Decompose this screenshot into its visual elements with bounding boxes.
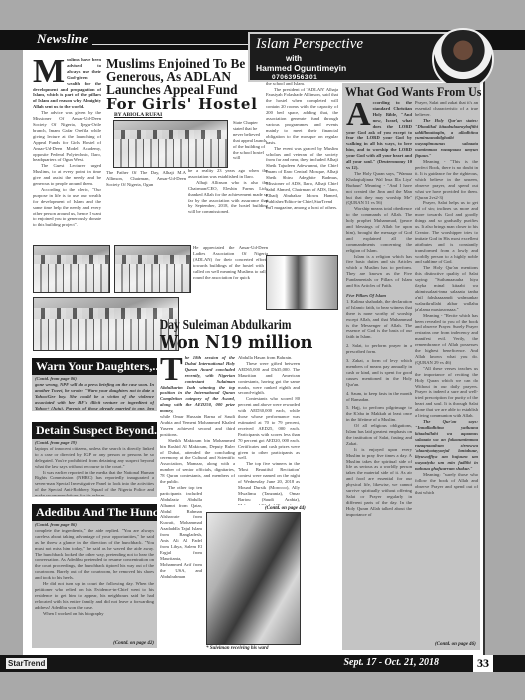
suleiman-photo	[206, 512, 301, 645]
islam-contd-end: (Contd. on page 46)	[435, 642, 476, 647]
suleiman-p1b: while Omar Hussain Barna of Saudi Arabia…	[160, 414, 235, 438]
islam-p4: Islam is a religion which has five basic…	[346, 254, 412, 289]
pillar-3: 3. Zakat, a form of levy which members o…	[346, 358, 412, 388]
columnist-name: Hammed Oguntimeyin	[256, 63, 346, 73]
adlan-dropcap: M	[33, 58, 65, 86]
section-name: Newsline	[37, 31, 89, 47]
suleiman-p3: The other top ten participants included …	[160, 485, 202, 580]
top-margin	[0, 0, 525, 30]
adlan-byline: BY ABIOLA RUFAI	[114, 112, 162, 118]
columnist-avatar	[432, 28, 494, 90]
columnist-phone: 07063956301	[272, 74, 317, 81]
islam-c2-p6: Meaning - "Recite which has been reveale…	[415, 313, 478, 366]
islam-c2-p5: The Holy Qur'an mentions this distinctiv…	[415, 265, 478, 312]
adlan-col-appreciation: He appreciated the Ansar-Ud-Deen Ladies …	[193, 245, 268, 307]
pillar-4: 4. Saum, to keep fasts in the month of R…	[346, 391, 412, 403]
suleiman-c2-p2: These were gifted between AED65,000 and …	[238, 361, 300, 396]
banner-title: Islam Perspective	[256, 36, 363, 53]
suleiman-c2-p3: Contestants who scored 80 percent and ab…	[238, 396, 300, 461]
islam-c2-p8: The Qur'an says: "Innalladhiina yatluuna…	[415, 419, 478, 472]
islam-c2-p2: The Holy Qur'an states: "Dhaalikal kitaa…	[415, 118, 478, 159]
islam-p6: It is enjoyed upon every Muslim to pray …	[346, 447, 412, 518]
adlan-p6: be a reality 23 years ago when the assoc…	[188, 168, 268, 180]
adedibu-contd-end: (Contd. on page 42)	[113, 641, 154, 646]
adedibu-box: (Contd. from page 06) complete the ingre…	[32, 521, 157, 648]
islam-headline: What God Wants From Us	[345, 84, 481, 100]
daughters-box: (Contd. from page 06) gone wrong, NPF wi…	[32, 375, 157, 411]
detain-box: (Contd. from page 19) laptops of innocen…	[32, 439, 157, 497]
adlan-p4: According to the cleric, "Our purpose in…	[33, 187, 101, 228]
daughters-body: gone wrong, NPF will do a press briefing…	[35, 382, 154, 410]
pillar-2: 2. Salat, to perform prayer in a prescri…	[346, 343, 412, 355]
adlan-photo-women-1	[33, 245, 110, 293]
daughters-title: Warn Your Daughters,...	[32, 358, 157, 375]
islam-c2-p1: Prayer, Salat and zakat that it's an ess…	[415, 100, 478, 118]
islam-col1: A ccording to the standard Christian Hol…	[346, 100, 412, 648]
left-margin	[0, 50, 23, 655]
adlan-lead-column: M uslims have been advised to always use…	[33, 57, 101, 243]
issue-date: Sept. 17 - Oct. 21, 2018	[343, 657, 439, 668]
adlan-photo-circle-gathering	[33, 297, 179, 351]
suleiman-photo-caption: * Suleiman receiving his ward	[206, 646, 269, 651]
pillar-1: 1. Kalima shahadah, the declaration of I…	[346, 299, 412, 340]
right-margin	[483, 50, 525, 655]
adlan-photo-women-2	[114, 245, 191, 293]
adlan-col3-text-block: completion of the project. Alhaji Allins…	[266, 57, 338, 253]
adlan-c3-p3: The president of 'ADLAN' Alhaja Fausiyah…	[266, 87, 338, 146]
islam-dropcap: A	[346, 101, 371, 129]
suleiman-dropcap: T	[160, 356, 183, 384]
page-number: 33	[473, 655, 493, 672]
islam-c2-p7: "All these verses teaches us the importa…	[415, 366, 478, 419]
suleiman-col2: Abdulla Hasan from Bahrain. These were g…	[238, 355, 300, 505]
islam-c2-p9: Meaning: "surely those who follow the bo…	[415, 472, 478, 496]
adlan-p3: The Guest Lecturer urged Muslims, to at …	[33, 163, 101, 187]
detain-title: Detain Suspect Beyond...	[32, 422, 157, 439]
adlan-col2b: be a reality 23 years ago when the assoc…	[188, 168, 268, 245]
adlan-c3-p4: The event was graced by Muslim scholars …	[266, 146, 338, 211]
suleiman-contd-end: (Contd. on page 44)	[265, 506, 306, 511]
adlan-col2: The Father Of The Day, Alhaji M.A Allins…	[106, 170, 186, 245]
suleiman-headline-2: Won N19 million	[160, 332, 312, 353]
adlan-p2: The advice was given by the Missioner Of…	[33, 110, 101, 163]
bottom-margin	[0, 672, 525, 700]
islam-p3: Worship means total obedience to the com…	[346, 206, 412, 253]
islam-c2-p4: Prayer, Salat helps us to get rid of sin…	[415, 200, 478, 265]
adlan-photo-lecturer	[266, 255, 338, 310]
adedibu-body3: When I worked on his biography	[35, 611, 154, 617]
adlan-photo-sidetext: State Chapter stated that he never belie…	[233, 120, 267, 168]
adlan-p5: The Father Of The Day, Alhaji M.A Allins…	[106, 170, 186, 188]
adlan-headline-4: For Girls' Hostel	[106, 95, 258, 113]
pillar-5: 5. Hajj, to perform pilgrimage to the K'…	[346, 405, 412, 423]
publication-logo: StarTrend	[6, 658, 47, 669]
adlan-photo-group	[113, 120, 228, 168]
footer-bar	[0, 655, 525, 672]
detain-body: laptops of innocent citizens, unless the…	[35, 446, 154, 470]
adlan-p8: He appreciated the Ansar-Ud-Deen Ladies …	[193, 245, 268, 280]
banner-with: with	[286, 54, 302, 63]
islam-p2: The Holy Quran says, "Wamaa Khalaqtuljin…	[346, 171, 412, 206]
adedibu-title: Adedibu And The Hunch...	[32, 504, 157, 521]
detain-body2: It was earlier reported in the media tha…	[35, 470, 154, 496]
islam-p5: Of all religious obligations, Islam has …	[346, 423, 412, 447]
suleiman-c2-p4: The top five winners in the 'Most Beauti…	[238, 461, 300, 505]
section-rule	[92, 44, 260, 45]
adedibu-body2: He did not turn up in court the followin…	[35, 581, 154, 611]
islam-col2: Prayer, Salat and zakat that it's an ess…	[415, 100, 478, 640]
adedibu-body: complete the ingredients," the aide repl…	[35, 528, 154, 581]
adlan-p7: Alhaji Allinson who is also the Chairman…	[188, 180, 268, 215]
islam-c2-p3: Meaning - "This is the perfect Book, the…	[415, 159, 478, 200]
suleiman-p2: Sheikh Maktoum bin Mohammed bin Rashid A…	[160, 438, 235, 485]
